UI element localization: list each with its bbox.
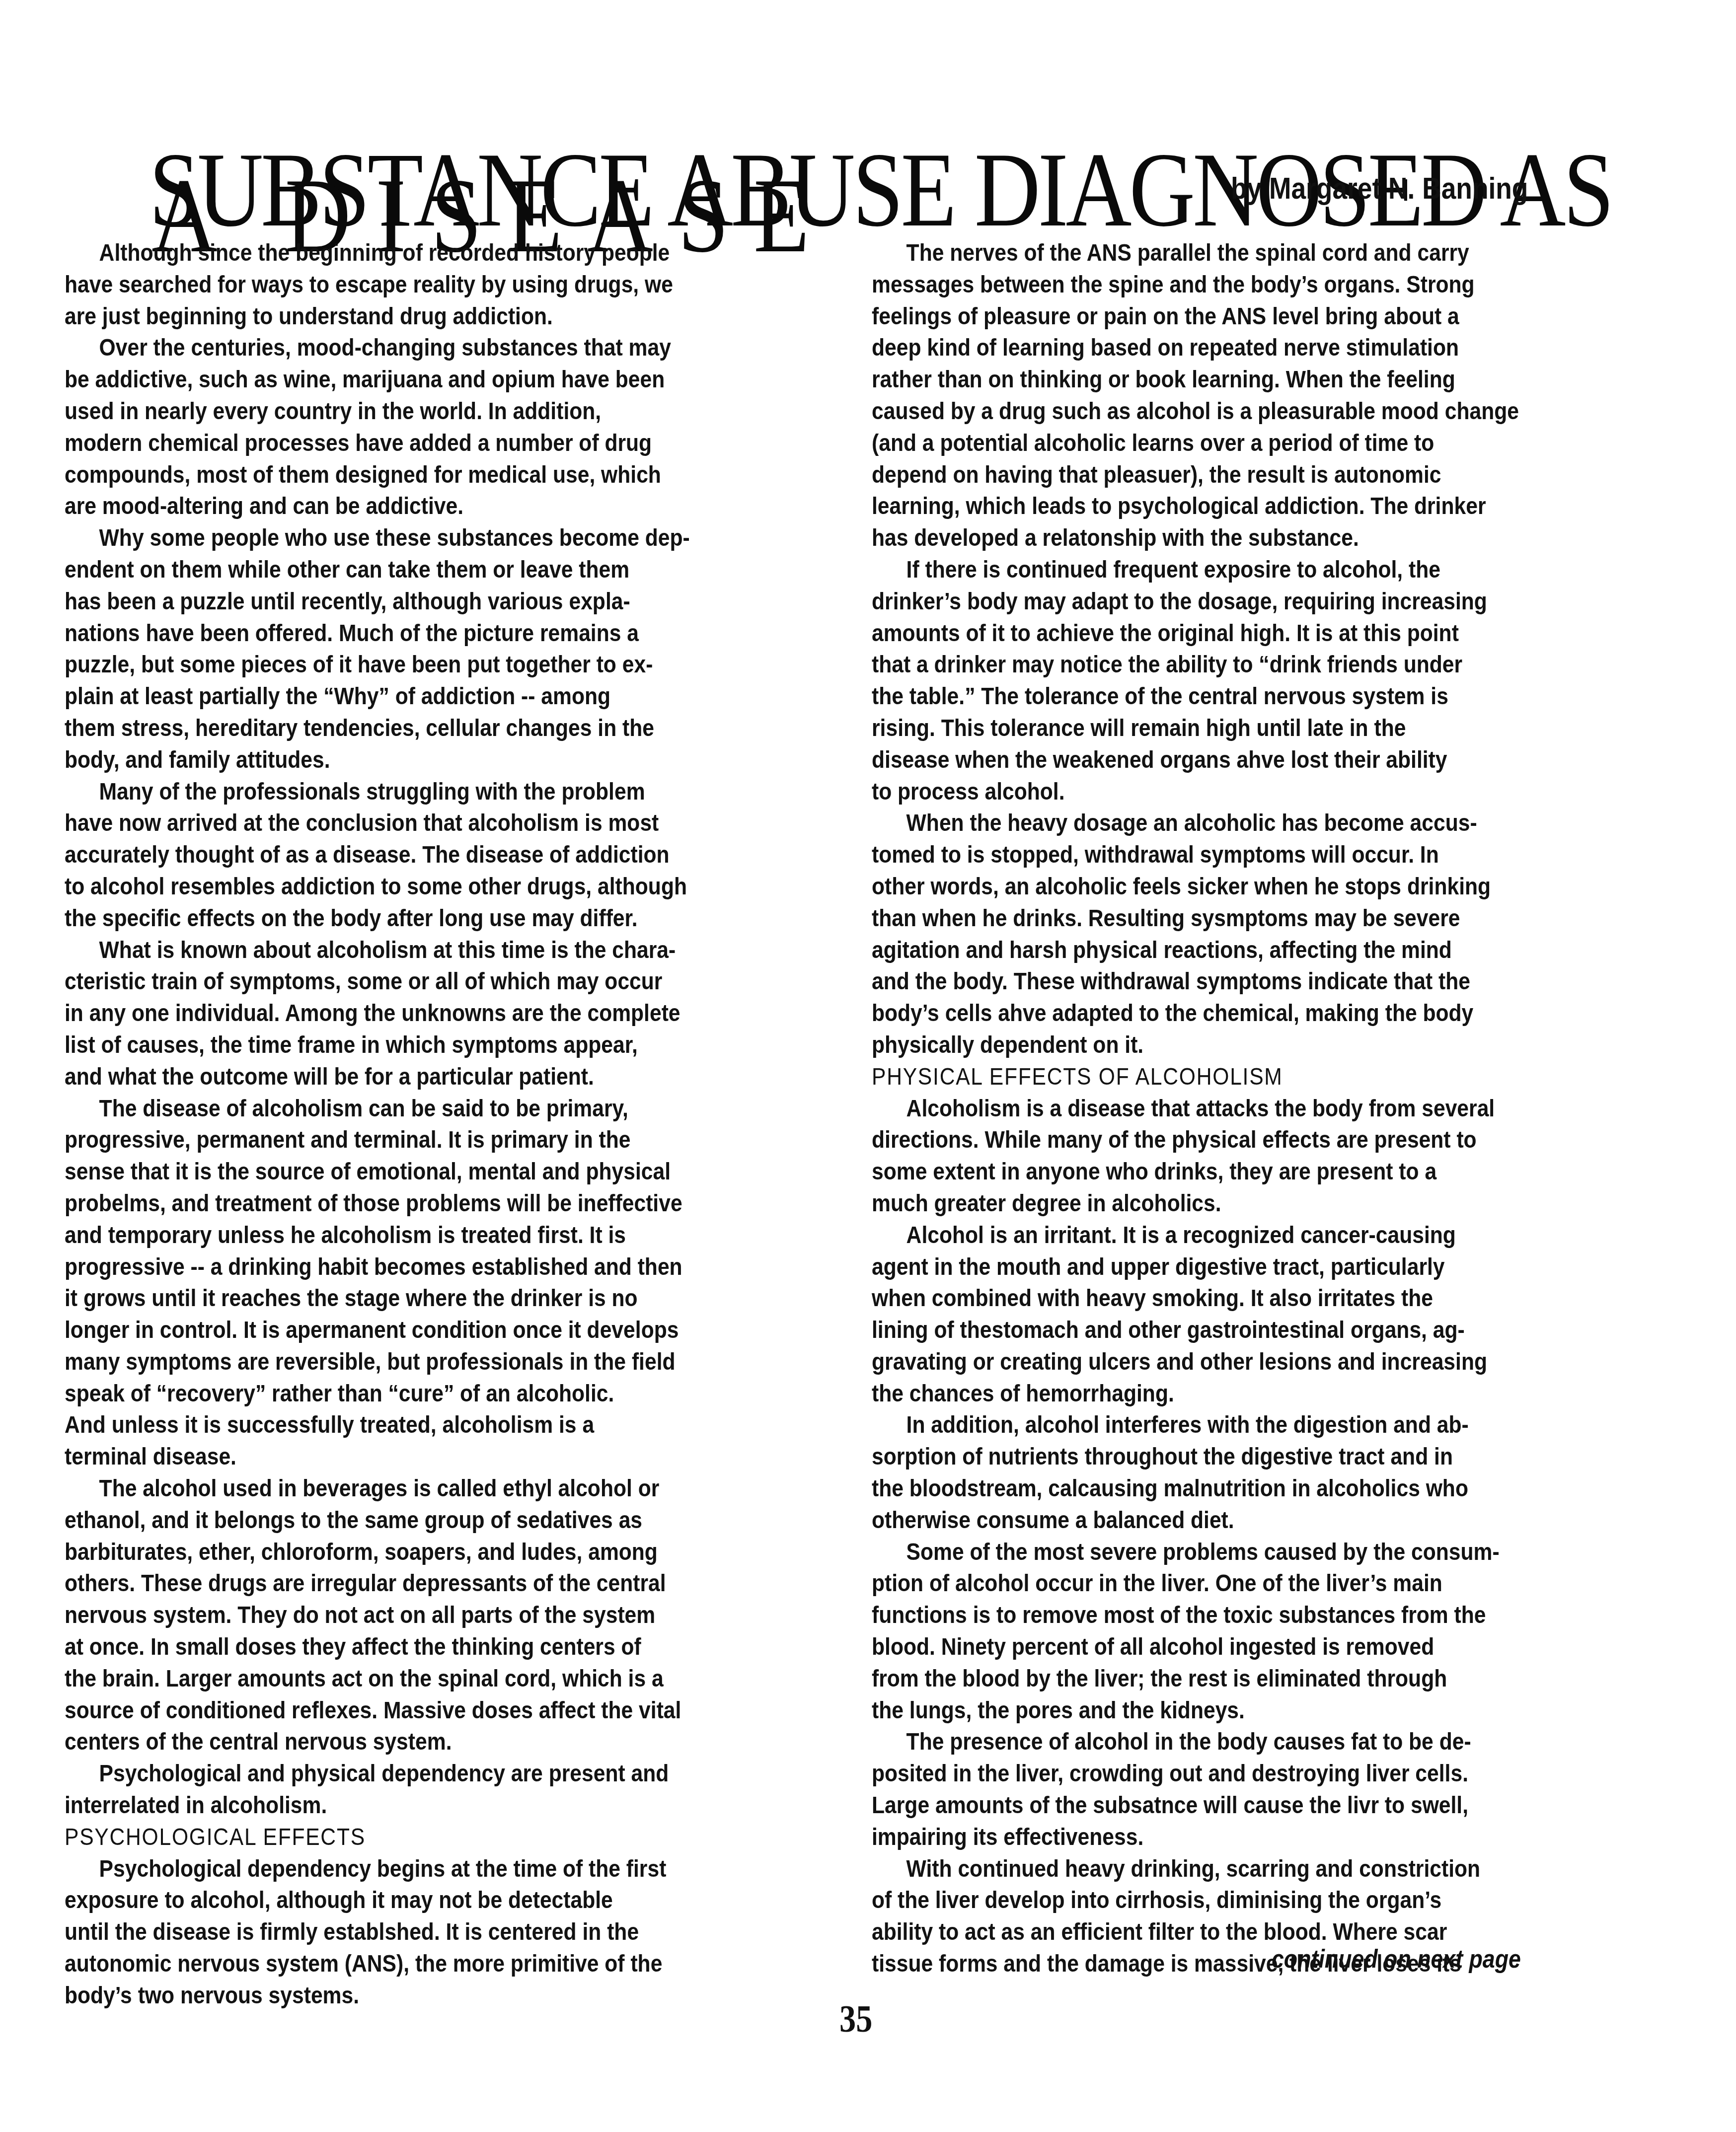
text-line: agent in the mouth and upper digestive t…: [872, 1251, 1621, 1283]
text-line: ption of alcohol occur in the liver. One…: [872, 1568, 1621, 1600]
text-line: physically dependent on it.: [872, 1029, 1621, 1061]
text-line: that a drinker may notice the ability to…: [872, 649, 1621, 681]
text-line: depend on having that pleasuer), the res…: [872, 459, 1621, 491]
text-line: them stress, hereditary tendencies, cell…: [65, 713, 808, 744]
text-line: progressive, permanent and terminal. It …: [65, 1124, 808, 1156]
text-line: has developed a relatonship with the sub…: [872, 522, 1621, 554]
text-line: endent on them while other can take them…: [65, 554, 808, 586]
text-line: nervous system. They do not act on all p…: [65, 1600, 808, 1631]
text-line: The alcohol used in beverages is called …: [65, 1473, 808, 1505]
text-line: gravating or creating ulcers and other l…: [872, 1346, 1621, 1378]
text-line: disease when the weakened organs ahve lo…: [872, 744, 1621, 776]
text-line: probelms, and treatment of those problem…: [65, 1188, 808, 1220]
text-line: The nerves of the ANS parallel the spina…: [872, 237, 1621, 269]
text-line: and temporary unless he alcoholism is tr…: [65, 1220, 808, 1251]
text-line: to alcohol resembles addiction to some o…: [65, 871, 808, 903]
text-line: rather than on thinking or book learning…: [872, 364, 1621, 396]
text-line: drinker’s body may adapt to the dosage, …: [872, 586, 1621, 618]
text-line: from the blood by the liver; the rest is…: [872, 1663, 1621, 1695]
text-line: caused by a drug such as alcohol is a pl…: [872, 396, 1621, 428]
text-line: lining of thestomach and other gastroint…: [872, 1315, 1621, 1346]
text-line: source of conditioned reflexes. Massive …: [65, 1695, 808, 1727]
text-line: rising. This tolerance will remain high …: [872, 713, 1621, 744]
text-line: tomed to is stopped, withdrawal symptoms…: [872, 839, 1621, 871]
text-line: have searched for ways to escape reality…: [65, 269, 808, 301]
text-line: Psychological dependency begins at the t…: [65, 1853, 808, 1885]
page-number: 35: [839, 1996, 872, 2041]
text-line: functions is to remove most of the toxic…: [872, 1600, 1621, 1631]
text-line: Psychological and physical dependency ar…: [65, 1758, 808, 1790]
text-line: interrelated in alcoholism.: [65, 1790, 808, 1822]
text-line: body’s cells ahve adapted to the chemica…: [872, 998, 1621, 1029]
text-line: used in nearly every country in the worl…: [65, 396, 808, 428]
text-line: much greater degree in alcoholics.: [872, 1188, 1621, 1220]
text-line: directions. While many of the physical e…: [872, 1124, 1621, 1156]
text-line: list of causes, the time frame in which …: [65, 1029, 808, 1061]
text-line: of the liver develop into cirrhosis, dim…: [872, 1885, 1621, 1916]
text-line: learning, which leads to psychological a…: [872, 491, 1621, 522]
text-line: Some of the most severe problems caused …: [872, 1537, 1621, 1568]
text-line: In addition, alcohol interferes with the…: [872, 1409, 1621, 1441]
text-line: Over the centuries, mood-changing substa…: [65, 332, 808, 364]
text-line: Why some people who use these substances…: [65, 522, 808, 554]
text-line: plain at least partially the “Why” of ad…: [65, 681, 808, 713]
text-line: to process alcohol.: [872, 776, 1621, 808]
text-line: The disease of alcoholism can be said to…: [65, 1093, 808, 1125]
text-line: compounds, most of them designed for med…: [65, 459, 808, 491]
text-line: impairing its effectiveness.: [872, 1822, 1621, 1853]
text-line: some extent in anyone who drinks, they a…: [872, 1156, 1621, 1188]
text-line: agitation and harsh physical reactions, …: [872, 935, 1621, 966]
text-line: autonomic nervous system (ANS), the more…: [65, 1948, 808, 1980]
text-line: messages between the spine and the body’…: [872, 269, 1621, 301]
text-line: the specific effects on the body after l…: [65, 903, 808, 935]
text-line: progressive -- a drinking habit becomes …: [65, 1251, 808, 1283]
text-line: (and a potential alcoholic learns over a…: [872, 428, 1621, 459]
text-line: Alcoholism is a disease that attacks the…: [872, 1093, 1621, 1125]
text-line: accurately thought of as a disease. The …: [65, 839, 808, 871]
text-line: the table.” The tolerance of the central…: [872, 681, 1621, 713]
text-line: and the body. These withdrawal symptoms …: [872, 966, 1621, 998]
text-line: amounts of it to achieve the original hi…: [872, 618, 1621, 650]
text-line: the brain. Larger amounts act on the spi…: [65, 1663, 808, 1695]
text-line: centers of the central nervous system.: [65, 1726, 808, 1758]
text-line: feelings of pleasure or pain on the ANS …: [872, 301, 1621, 333]
text-line: other words, an alcoholic feels sicker w…: [872, 871, 1621, 903]
text-line: otherwise consume a balanced diet.: [872, 1505, 1621, 1537]
text-line: Large amounts of the subsatnce will caus…: [872, 1790, 1621, 1822]
text-line: are just beginning to understand drug ad…: [65, 301, 808, 333]
text-line: until the disease is firmly establshed. …: [65, 1916, 808, 1948]
text-line: The presence of alcohol in the body caus…: [872, 1726, 1621, 1758]
text-line: speak of “recovery” rather than “cure” o…: [65, 1378, 808, 1410]
text-line: exposure to alcohol, although it may not…: [65, 1885, 808, 1916]
text-line: Many of the professionals struggling wit…: [65, 776, 808, 808]
text-line: at once. In small doses they affect the …: [65, 1631, 808, 1663]
text-line: deep kind of learning based on repeated …: [872, 332, 1621, 364]
text-line: ethanol, and it belongs to the same grou…: [65, 1505, 808, 1537]
text-line: be addictive, such as wine, marijuana an…: [65, 364, 808, 396]
text-line: What is known about alcoholism at this t…: [65, 935, 808, 966]
text-line: many symptoms are reversible, but profes…: [65, 1346, 808, 1378]
text-line: When the heavy dosage an alcoholic has b…: [872, 808, 1621, 839]
text-line: has been a puzzle until recently, althou…: [65, 586, 808, 618]
text-line: And unless it is successfully treated, a…: [65, 1409, 808, 1441]
author-byline: by Margaret N. Banning: [1231, 169, 1556, 209]
text-line: have now arrived at the conclusion that …: [65, 808, 808, 839]
text-line: the lungs, the pores and the kidneys.: [872, 1695, 1621, 1727]
text-line: and what the outcome will be for a parti…: [65, 1061, 808, 1093]
text-line: sense that it is the source of emotional…: [65, 1156, 808, 1188]
text-line: cteristic train of symptoms, some or all…: [65, 966, 808, 998]
text-line: nations have been offered. Much of the p…: [65, 618, 808, 650]
continued-on-next-page-note: continued on next page: [1272, 1942, 1521, 1977]
text-line: sorption of nutrients throughout the dig…: [872, 1441, 1621, 1473]
text-line: than when he drinks. Resulting sysmptoms…: [872, 903, 1621, 935]
text-line: in any one individual. Among the unknown…: [65, 998, 808, 1029]
text-line: body’s two nervous systems.: [65, 1980, 808, 2012]
text-line: puzzle, but some pieces of it have been …: [65, 649, 808, 681]
text-line: blood. Ninety percent of all alcohol ing…: [872, 1631, 1621, 1663]
text-line: modern chemical processes have added a n…: [65, 428, 808, 459]
section-heading: PHYSICAL EFFECTS OF ALCOHOLISM: [872, 1061, 1621, 1093]
text-line: terminal disease.: [65, 1441, 808, 1473]
text-line: it grows until it reaches the stage wher…: [65, 1283, 808, 1315]
left-text-column: Although since the beginning of recorded…: [65, 237, 808, 2012]
text-line: body, and family attitudes.: [65, 744, 808, 776]
text-line: the chances of hemorrhaging.: [872, 1378, 1621, 1410]
text-line: longer in control. It is apermanent cond…: [65, 1315, 808, 1346]
text-line: the bloodstream, calcausing malnutrition…: [872, 1473, 1621, 1505]
right-text-column: The nerves of the ANS parallel the spina…: [872, 237, 1621, 1980]
text-line: others. These drugs are irregular depres…: [65, 1568, 808, 1600]
text-line: Alcohol is an irritant. It is a recogniz…: [872, 1220, 1621, 1251]
text-line: are mood-altering and can be addictive.: [65, 491, 808, 522]
text-line: Although since the beginning of recorded…: [65, 237, 808, 269]
text-line: when combined with heavy smoking. It als…: [872, 1283, 1621, 1315]
section-heading: PSYCHOLOGICAL EFFECTS: [65, 1822, 808, 1853]
text-line: posited in the liver, crowding out and d…: [872, 1758, 1621, 1790]
text-line: With continued heavy drinking, scarring …: [872, 1853, 1621, 1885]
text-line: barbiturates, ether, chloroform, soapers…: [65, 1537, 808, 1568]
text-line: If there is continued frequent exposire …: [872, 554, 1621, 586]
